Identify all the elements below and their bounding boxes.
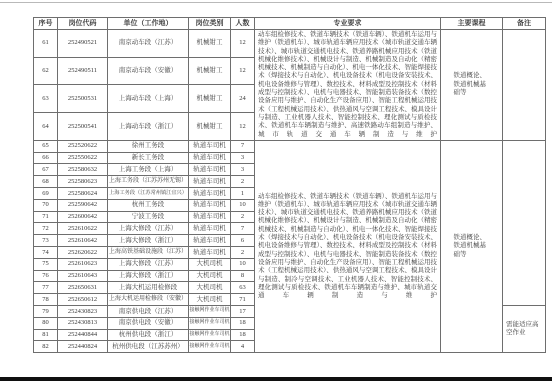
cell-unit: 上海大修段（浙江） bbox=[108, 235, 189, 247]
cell-serial-number: 64 bbox=[34, 113, 58, 141]
cell-position-code: 252520622 bbox=[58, 140, 108, 152]
cell-position-code: 252590642 bbox=[58, 199, 108, 211]
cell-position-category: 轨道车司机 bbox=[189, 152, 231, 164]
cell-position-category: 接触网作业车司机 bbox=[189, 317, 231, 329]
cell-position-code: 252610642 bbox=[58, 235, 108, 247]
cell-position-category: 机械钳工 bbox=[189, 57, 231, 85]
cell-serial-number: 77 bbox=[34, 282, 58, 294]
cell-position-category: 轨道车司机 bbox=[189, 140, 231, 152]
cell-serial-number: 80 bbox=[34, 317, 58, 329]
cell-position-category: 轨道车司机 bbox=[189, 164, 231, 176]
col-header-position-category: 岗位类别 bbox=[189, 18, 231, 30]
bottom-bar bbox=[0, 377, 552, 381]
cell-serial-number: 62 bbox=[34, 57, 58, 85]
cell-unit: 杭州供电段（江苏苏州） bbox=[108, 341, 189, 353]
cell-unit: 南京供电段（江苏） bbox=[108, 306, 189, 318]
top-rule bbox=[0, 2, 552, 3]
cell-unit: 宁波工务段 bbox=[108, 211, 189, 223]
cell-position-code: 252490511 bbox=[58, 57, 108, 85]
cell-headcount: 12 bbox=[231, 30, 255, 58]
positions-table: 序号 岗位代码 单位（工作地） 岗位类别 人数 专业要求 主要课程 备注 612… bbox=[33, 17, 546, 353]
cell-headcount: 2 bbox=[231, 211, 255, 223]
cell-serial-number: 71 bbox=[34, 211, 58, 223]
cell-position-category: 接触网作业车司机 bbox=[189, 329, 231, 341]
cell-serial-number: 73 bbox=[34, 235, 58, 247]
cell-headcount: 6 bbox=[231, 235, 255, 247]
cell-unit: 上海大修段（浙江） bbox=[108, 270, 189, 282]
cell-headcount: 8 bbox=[231, 270, 255, 282]
cell-remark bbox=[503, 30, 546, 141]
cell-serial-number: 63 bbox=[34, 85, 58, 113]
cell-headcount: 7 bbox=[231, 223, 255, 235]
cell-headcount: 3 bbox=[231, 152, 255, 164]
cell-position-code: 252500531 bbox=[58, 85, 108, 113]
col-header-position-code: 岗位代码 bbox=[58, 18, 108, 30]
main-courses-text: 铁道概论、铁道机械基础等 bbox=[454, 234, 490, 260]
cell-serial-number: 61 bbox=[34, 30, 58, 58]
cell-headcount: 2 bbox=[231, 247, 255, 259]
cell-serial-number: 82 bbox=[34, 341, 58, 353]
cell-headcount: 10 bbox=[231, 258, 255, 270]
cell-unit: 上海大机运用检修段（安徽） bbox=[108, 294, 189, 306]
cell-unit: 上海工务段（江苏常州镇江宜兴） bbox=[108, 188, 189, 200]
table-body: 61252490521南京动车段（江苏）机械钳工12动车组检修技术、铁道车辆技术… bbox=[34, 30, 546, 353]
cell-serial-number: 79 bbox=[34, 306, 58, 318]
cell-position-code: 252610623 bbox=[58, 258, 108, 270]
table-row: 65252520622徐州工务段轨道车司机7动车组检修技术、铁道车辆技术（铁道车… bbox=[34, 140, 546, 152]
cell-serial-number: 70 bbox=[34, 199, 58, 211]
cell-position-code: 252620622 bbox=[58, 247, 108, 259]
cell-position-category: 大机司机 bbox=[189, 270, 231, 282]
cell-position-category: 轨道车司机 bbox=[189, 223, 231, 235]
cell-unit: 南京动车段（江苏） bbox=[108, 30, 189, 58]
cell-position-category: 轨道车司机 bbox=[189, 188, 231, 200]
cell-position-category: 机械钳工 bbox=[189, 85, 231, 113]
cell-position-code: 252580623 bbox=[58, 176, 108, 188]
cell-unit: 杭州工务段 bbox=[108, 199, 189, 211]
cell-headcount: 7 bbox=[231, 140, 255, 152]
cell-remark bbox=[503, 140, 546, 305]
cell-position-code: 252490521 bbox=[58, 30, 108, 58]
cell-unit: 上海工务段（上海） bbox=[108, 164, 189, 176]
cell-unit: 上海大修段（江苏） bbox=[108, 223, 189, 235]
cell-headcount: 2 bbox=[231, 176, 255, 188]
cell-position-code: 252550622 bbox=[58, 152, 108, 164]
cell-headcount: 18 bbox=[231, 317, 255, 329]
table-row: 61252490521南京动车段（江苏）机械钳工12动车组检修技术、铁道车辆技术… bbox=[34, 30, 546, 58]
cell-position-category: 轨道车司机 bbox=[189, 199, 231, 211]
cell-unit: 南京动车段（安徽） bbox=[108, 57, 189, 85]
cell-professional-requirements: 动车组检修技术、铁道车辆技术（铁道车辆）、铁道机车运用与维护（铁道机车）、城市轨… bbox=[255, 140, 441, 352]
cell-headcount: 18 bbox=[231, 329, 255, 341]
cell-position-category: 大机司机 bbox=[189, 258, 231, 270]
cell-unit: 南京供电段（安徽） bbox=[108, 317, 189, 329]
cell-position-category: 机械钳工 bbox=[189, 30, 231, 58]
cell-unit: 上海动车段（浙江） bbox=[108, 113, 189, 141]
cell-serial-number: 75 bbox=[34, 258, 58, 270]
cell-position-code: 252430813 bbox=[58, 317, 108, 329]
cell-main-courses: 铁道概论、铁道机械基础等 bbox=[441, 30, 503, 141]
cell-position-code: 252580624 bbox=[58, 188, 108, 200]
cell-main-courses: 铁道概论、铁道机械基础等 bbox=[441, 140, 503, 352]
cell-serial-number: 72 bbox=[34, 223, 58, 235]
cell-unit: 徐州工务段 bbox=[108, 140, 189, 152]
cell-position-code: 252500541 bbox=[58, 113, 108, 141]
cell-position-code: 252430823 bbox=[58, 306, 108, 318]
cell-position-category: 大机司机 bbox=[189, 282, 231, 294]
cell-position-category: 接触网作业车司机 bbox=[189, 306, 231, 318]
cell-headcount: 17 bbox=[231, 306, 255, 318]
cell-unit: 上海大修段（江苏） bbox=[108, 258, 189, 270]
cell-position-category: 轨道车司机 bbox=[189, 211, 231, 223]
cell-headcount: 71 bbox=[231, 294, 255, 306]
cell-remark: 需能适应高空作业 bbox=[503, 306, 546, 353]
cell-serial-number: 69 bbox=[34, 188, 58, 200]
cell-serial-number: 78 bbox=[34, 294, 58, 306]
cell-position-code: 252580632 bbox=[58, 164, 108, 176]
main-courses-text: 铁道概论、铁道机械基础等 bbox=[454, 72, 490, 98]
cell-headcount: 12 bbox=[231, 57, 255, 85]
header-row: 序号 岗位代码 单位（工作地） 岗位类别 人数 专业要求 主要课程 备注 bbox=[34, 18, 546, 30]
cell-position-category: 机械钳工 bbox=[189, 113, 231, 141]
cell-unit: 杭州供电段（浙江） bbox=[108, 329, 189, 341]
cell-headcount: 63 bbox=[231, 282, 255, 294]
cell-serial-number: 81 bbox=[34, 329, 58, 341]
cell-headcount: 4 bbox=[231, 341, 255, 353]
cell-position-code: 252440824 bbox=[58, 341, 108, 353]
cell-unit: 上海高铁基础设施段（江苏） bbox=[108, 247, 189, 259]
cell-headcount: 12 bbox=[231, 113, 255, 141]
cell-headcount: 1 bbox=[231, 188, 255, 200]
cell-serial-number: 65 bbox=[34, 140, 58, 152]
cell-serial-number: 76 bbox=[34, 270, 58, 282]
cell-position-category: 接触网作业车司机 bbox=[189, 341, 231, 353]
cell-serial-number: 66 bbox=[34, 152, 58, 164]
cell-position-code: 252650612 bbox=[58, 294, 108, 306]
cell-position-code: 252610622 bbox=[58, 223, 108, 235]
cell-position-category: 轨道车司机 bbox=[189, 247, 231, 259]
remark-text: 需能适应高空作业 bbox=[506, 321, 542, 338]
cell-serial-number: 74 bbox=[34, 247, 58, 259]
cell-position-category: 轨道车司机 bbox=[189, 235, 231, 247]
cell-unit: 上海工务段（江苏苏州无锡） bbox=[108, 176, 189, 188]
cell-position-code: 252610643 bbox=[58, 270, 108, 282]
cell-unit: 上海大机运用检修段 bbox=[108, 282, 189, 294]
cell-professional-requirements: 动车组检修技术、铁道车辆技术（铁道车辆）、铁道机车运用与维护（铁道机车）、城市轨… bbox=[255, 30, 441, 141]
cell-position-code: 252440844 bbox=[58, 329, 108, 341]
cell-position-code: 252600642 bbox=[58, 211, 108, 223]
cell-headcount: 24 bbox=[231, 85, 255, 113]
cell-unit: 上海动车段（上海） bbox=[108, 85, 189, 113]
cell-serial-number: 67 bbox=[34, 164, 58, 176]
cell-position-category: 轨道车司机 bbox=[189, 176, 231, 188]
col-header-serial-number: 序号 bbox=[34, 18, 58, 30]
cell-position-code: 252650631 bbox=[58, 282, 108, 294]
col-header-unit: 单位（工作地） bbox=[108, 18, 189, 30]
cell-headcount: 3 bbox=[231, 164, 255, 176]
cell-position-category: 大机司机 bbox=[189, 294, 231, 306]
col-header-headcount: 人数 bbox=[231, 18, 255, 30]
col-header-professional-requirements: 专业要求 bbox=[255, 18, 441, 30]
cell-serial-number: 68 bbox=[34, 176, 58, 188]
cell-headcount: 10 bbox=[231, 199, 255, 211]
cell-unit: 新长工务段 bbox=[108, 152, 189, 164]
col-header-remarks: 备注 bbox=[503, 18, 546, 30]
col-header-main-courses: 主要课程 bbox=[441, 18, 503, 30]
